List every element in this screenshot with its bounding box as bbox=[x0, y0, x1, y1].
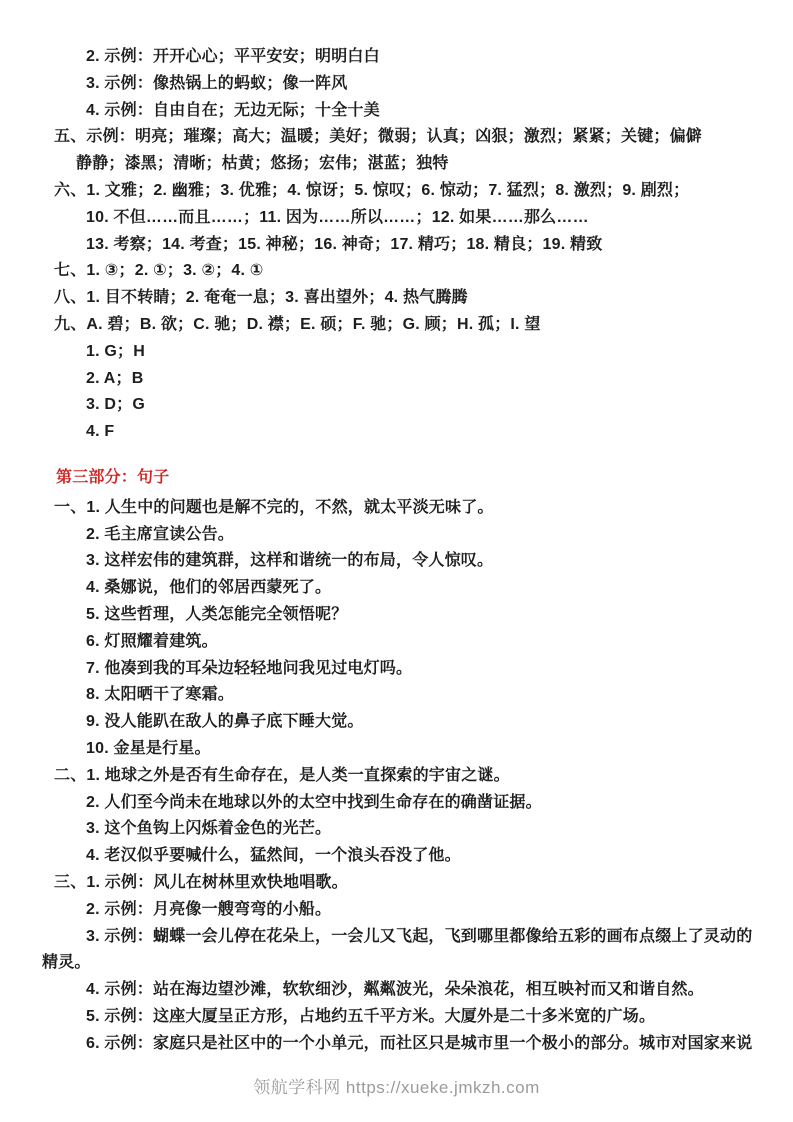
answer-line: 三、1. 示例：风儿在树林里欢快地唱歌。 bbox=[42, 870, 755, 897]
answer-line: 二、1. 地球之外是否有生命存在，是人类一直探索的宇宙之谜。 bbox=[42, 763, 755, 790]
answer-line: 13. 考察；14. 考查；15. 神秘；16. 神奇；17. 精巧；18. 精… bbox=[42, 232, 755, 259]
answer-line: 1. G；H bbox=[42, 339, 755, 366]
answer-line: 2. 示例：开开心心；平平安安；明明白白 bbox=[42, 44, 755, 71]
answer-line: 六、1. 文雅；2. 幽雅；3. 优雅；4. 惊讶；5. 惊叹；6. 惊动；7.… bbox=[42, 178, 755, 205]
answer-line: 3. 示例：像热锅上的蚂蚁；像一阵风 bbox=[42, 71, 755, 98]
answer-line: 7. 他凑到我的耳朵边轻轻地问我见过电灯吗。 bbox=[42, 656, 755, 683]
answer-line: 3. 这样宏伟的建筑群，这样和谐统一的布局，令人惊叹。 bbox=[42, 548, 755, 575]
answer-line: 一、1. 人生中的问题也是解不完的，不然，就太平淡无味了。 bbox=[42, 495, 755, 522]
answer-line: 2. 毛主席宣读公告。 bbox=[42, 522, 755, 549]
footer-watermark: 领航学科网 https://xueke.jmkzh.com bbox=[0, 1073, 793, 1098]
answer-line: 6. 灯照耀着建筑。 bbox=[42, 629, 755, 656]
answer-line: 七、1. ③；2. ①；3. ②；4. ① bbox=[42, 258, 755, 285]
answer-line: 10. 金星是行星。 bbox=[42, 736, 755, 763]
answer-line: 6. 示例：家庭只是社区中的一个小单元，而社区只是城市里一个极小的部分。城市对国… bbox=[42, 1031, 755, 1058]
answer-line: 4. 桑娜说，他们的邻居西蒙死了。 bbox=[42, 575, 755, 602]
answer-line: 4. 示例：自由自在；无边无际；十全十美 bbox=[42, 98, 755, 125]
answer-line: 2. A；B bbox=[42, 366, 755, 393]
answer-line: 2. 示例：月亮像一艘弯弯的小船。 bbox=[42, 897, 755, 924]
answer-line: 5. 这些哲理，人类怎能完全领悟呢？ bbox=[42, 602, 755, 629]
answer-line: 2. 人们至今尚未在地球以外的太空中找到生命存在的确凿证据。 bbox=[42, 790, 755, 817]
answer-line: 静静；漆黑；清晰；枯黄；悠扬；宏伟；湛蓝；独特 bbox=[42, 151, 755, 178]
answer-line: 4. 示例：站在海边望沙滩，软软细沙，粼粼波光，朵朵浪花，相互映衬而又和谐自然。 bbox=[42, 977, 755, 1004]
answer-line: 3. 示例：蝴蝶一会儿停在花朵上，一会儿又飞起，飞到哪里都像给五彩的画布点缀上了… bbox=[42, 924, 755, 951]
answer-line: 4. 老汉似乎要喊什么，猛然间，一个浪头吞没了他。 bbox=[42, 843, 755, 870]
answer-line: 五、示例：明亮；璀璨；高大；温暖；美好；微弱；认真；凶狠；激烈；紧紧；关键；偏僻 bbox=[42, 124, 755, 151]
answer-line: 精灵。 bbox=[42, 950, 755, 977]
answer-line: 8. 太阳晒干了寒霜。 bbox=[42, 682, 755, 709]
section-heading: 第三部分：句子 bbox=[42, 465, 755, 492]
answer-line: 5. 示例：这座大厦呈正方形，占地约五千平方米。大厦外是二十多米宽的广场。 bbox=[42, 1004, 755, 1031]
answer-line: 10. 不但……而且……；11. 因为……所以……；12. 如果……那么…… bbox=[42, 205, 755, 232]
answer-line: 八、1. 目不转睛；2. 奄奄一息；3. 喜出望外；4. 热气腾腾 bbox=[42, 285, 755, 312]
answer-line: 九、A. 碧；B. 欲；C. 驰；D. 襟；E. 硕；F. 驰；G. 顾；H. … bbox=[42, 312, 755, 339]
answer-line: 9. 没人能趴在敌人的鼻子底下睡大觉。 bbox=[42, 709, 755, 736]
answer-line: 3. 这个鱼钩上闪烁着金色的光芒。 bbox=[42, 816, 755, 843]
answer-lines: 2. 示例：开开心心；平平安安；明明白白3. 示例：像热锅上的蚂蚁；像一阵风4.… bbox=[0, 0, 793, 1057]
answer-line: 3. D；G bbox=[42, 392, 755, 419]
answer-sheet-page: 2. 示例：开开心心；平平安安；明明白白3. 示例：像热锅上的蚂蚁；像一阵风4.… bbox=[0, 0, 793, 1122]
answer-line: 4. F bbox=[42, 419, 755, 446]
